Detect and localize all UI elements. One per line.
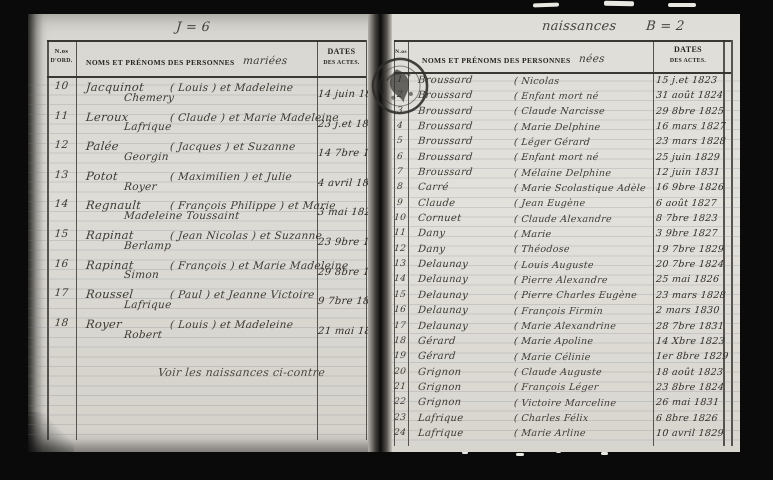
- scanned-register-spread: J = 6 N.os D'ORD. NOMS ET PRÉNOMS DES PE…: [0, 0, 773, 480]
- register-entry: 16 Delaunay ( François Firmin 2 mars 183…: [392, 304, 740, 319]
- entry-mother-surname: Lafrique: [123, 299, 172, 311]
- register-entry: 24 Lafrique ( Marie Arline 10 avril 1829: [392, 427, 740, 442]
- column-header-names: NOMS ET PRÉNOMS DES PERSONNES nées: [422, 50, 650, 68]
- register-entry: 2 Broussard ( Enfant mort né 31 août 182…: [392, 89, 740, 104]
- register-entry: 22 Grignon ( Victoire Marceline 26 mai 1…: [392, 396, 740, 411]
- entry-given-names: ( Marie Scolastique Adèle: [514, 183, 647, 194]
- entry-date: 15 j.et 1823: [656, 75, 718, 86]
- entry-number: 17: [392, 321, 409, 331]
- entry-date: 20 7bre 1824: [656, 259, 725, 270]
- entry-number: 23: [392, 413, 409, 423]
- entry-number: 6: [392, 152, 409, 162]
- entry-date: 12 juin 1831: [656, 167, 721, 178]
- register-entry: 7 Broussard ( Mélaine Delphine 12 juin 1…: [392, 166, 740, 181]
- entry-given-names: ( Maximilien ) et Julie: [169, 171, 292, 183]
- entry-given-names: ( Enfant mort né: [514, 152, 600, 163]
- entry-given-names: ( Victoire Marceline: [514, 398, 617, 409]
- register-entry: 5 Broussard ( Léger Gérard 23 mars 1828: [392, 135, 740, 150]
- entry-line1: Palée( Jacques ) et Suzanne: [86, 137, 296, 155]
- entry-number: 16: [46, 258, 76, 270]
- register-entry: 15 Delaunay ( Pierre Charles Eugène 23 m…: [392, 289, 740, 304]
- entry-given-names: ( Paul ) et Jeanne Victoire: [169, 289, 315, 301]
- entry-number: 11: [392, 228, 409, 238]
- entry-number: 24: [392, 428, 409, 438]
- entry-number: 15: [392, 290, 409, 300]
- entry-given-names: ( Marie Apoline: [514, 336, 594, 347]
- dates-header-sublabel: DES ACTES.: [670, 57, 706, 66]
- left-page: J = 6 N.os D'ORD. NOMS ET PRÉNOMS DES PE…: [28, 14, 368, 452]
- entry-surname: Delaunay: [418, 290, 469, 301]
- column-header-dates: DATES DES ACTES.: [653, 44, 723, 66]
- entry-surname: Delaunay: [418, 321, 469, 332]
- scan-noise: [604, 1, 634, 7]
- page-heading-word: naissances: [541, 19, 617, 34]
- entry-number: 14: [46, 198, 76, 210]
- entry-surname: Grignon: [418, 382, 462, 393]
- entry-date: 19 7bre 1829: [656, 244, 725, 255]
- register-entry: 17 Roussel( Paul ) et Jeanne Victoire La…: [28, 285, 368, 315]
- register-entry: 12 Dany ( Théodose 19 7bre 1829: [392, 243, 740, 258]
- register-entry: 19 Gérard ( Marie Célinie 1er 8bre 1829: [392, 350, 740, 365]
- entry-number: 19: [392, 351, 409, 361]
- column-header-names: NOMS ET PRÉNOMS DES PERSONNES mariées: [86, 52, 316, 70]
- entry-number: 14: [392, 274, 409, 284]
- entry-surname: Broussard: [418, 167, 474, 178]
- register-entry: 11 Leroux( Claude ) et Marie Madeleine L…: [28, 108, 368, 138]
- scan-noise: [516, 453, 524, 456]
- entry-given-names: ( Marie Arline: [514, 428, 587, 439]
- entry-given-names: ( Claude Narcisse: [514, 106, 606, 117]
- entry-surname: Dany: [418, 228, 446, 239]
- names-header-handwritten: nées: [578, 53, 605, 65]
- entry-surname: Broussard: [418, 121, 474, 132]
- entry-number: 10: [392, 213, 409, 223]
- corner-shadow: [28, 412, 74, 452]
- margin-note: Voir les naissances ci-contre: [157, 366, 325, 379]
- entry-surname: Dany: [418, 244, 446, 255]
- entry-date: 1er 8bre 1829: [656, 351, 730, 362]
- entry-surname: Delaunay: [418, 259, 469, 270]
- entry-date: 31 août 1824: [656, 90, 724, 101]
- entry-surname: Claude: [418, 198, 456, 209]
- register-entry: 8 Carré ( Marie Scolastique Adèle 16 9br…: [392, 181, 740, 196]
- entry-given-names: ( Claude Auguste: [514, 367, 603, 378]
- scan-noise: [533, 3, 559, 8]
- entry-date: 25 mai 1826: [656, 274, 720, 285]
- entry-surname: Gérard: [418, 336, 457, 347]
- entry-given-names: ( Jean Eugène: [514, 198, 586, 209]
- entry-line1: Potot( Maximilien ) et Julie: [86, 167, 292, 185]
- register-paper: J = 6 N.os D'ORD. NOMS ET PRÉNOMS DES PE…: [28, 14, 740, 452]
- entry-given-names: ( Marie Delphine: [514, 122, 601, 133]
- entry-number: 7: [392, 167, 409, 177]
- entry-number: 4: [392, 121, 409, 131]
- scan-noise: [601, 452, 608, 455]
- entry-given-names: ( François Léger: [514, 382, 600, 393]
- entry-surname: Delaunay: [418, 305, 469, 316]
- register-entry: 15 Rapinat( Jean Nicolas ) et Suzanne Be…: [28, 226, 368, 256]
- page-heading-code: B = 2: [646, 19, 686, 34]
- entry-number: 10: [46, 80, 76, 92]
- header-top-rule: [47, 40, 366, 42]
- register-entry: 1 Broussard ( Nicolas 15 j.et 1823: [392, 74, 740, 89]
- entry-line1: Roussel( Paul ) et Jeanne Victoire: [86, 285, 315, 303]
- entry-number: 12: [392, 244, 409, 254]
- register-entry: 17 Delaunay ( Marie Alexandrine 28 7bre …: [392, 320, 740, 335]
- entry-date: 23 8bre 1824: [656, 382, 725, 393]
- register-entry: 10 Cornuet ( Claude Alexandre 8 7bre 182…: [392, 212, 740, 227]
- register-entry: 16 Rapinat( François ) et Marie Madelein…: [28, 256, 368, 286]
- entry-number: 15: [46, 228, 76, 240]
- register-entry: 4 Broussard ( Marie Delphine 16 mars 182…: [392, 120, 740, 135]
- entry-number: 12: [46, 139, 76, 151]
- register-entry: 13 Delaunay ( Louis Auguste 20 7bre 1824: [392, 258, 740, 273]
- entry-surname: Grignon: [418, 397, 462, 408]
- entry-date: 3 9bre 1827: [656, 228, 719, 239]
- entry-given-names: ( Marie: [514, 229, 552, 240]
- entry-surname: Carré: [418, 182, 450, 193]
- register-entry: 18 Gérard ( Marie Apoline 14 Xbre 1823: [392, 335, 740, 350]
- column-header-number: N.os D'ORD.: [47, 47, 76, 65]
- entry-surname: Grignon: [418, 367, 462, 378]
- right-page: naissances B = 2 N.os NOMS ET PRÉNOMS DE…: [392, 14, 740, 452]
- names-header-printed: NOMS ET PRÉNOMS DES PERSONNES: [422, 56, 571, 65]
- entry-given-names: ( Pierre Alexandre: [514, 275, 609, 286]
- entry-date: 23 mars 1828: [656, 290, 727, 301]
- entry-surname: Broussard: [418, 152, 474, 163]
- entry-date: 28 7bre 1831: [656, 321, 725, 332]
- entry-given-names: ( Marie Alexandrine: [514, 321, 617, 332]
- entry-date: 23 mars 1828: [656, 136, 727, 147]
- entry-number: 18: [46, 317, 76, 329]
- entry-given-names: ( Charles Félix: [514, 413, 589, 424]
- left-entries: 10 Jacquinot( Louis ) et Madeleine Cheme…: [28, 78, 368, 344]
- entry-given-names: ( Mélaine Delphine: [514, 168, 612, 179]
- entry-given-names: ( Louis Auguste: [514, 260, 595, 271]
- right-entries: 1 Broussard ( Nicolas 15 j.et 1823 2 Bro…: [392, 74, 740, 442]
- entry-given-names: ( Enfant mort né: [514, 91, 600, 102]
- entry-mother-surname: Georgin: [123, 151, 169, 163]
- entry-given-names: ( Léger Gérard: [514, 137, 591, 148]
- entry-mother-surname: Robert: [123, 329, 162, 341]
- register-entry: 14 Delaunay ( Pierre Alexandre 25 mai 18…: [392, 273, 740, 288]
- names-header-handwritten: mariées: [242, 55, 288, 67]
- entry-given-names: ( Claude Alexandre: [514, 214, 613, 225]
- page-heading-right: naissances B = 2: [542, 17, 685, 35]
- entry-date: 16 9bre 1826: [656, 182, 725, 193]
- archive-stamp-icon: [364, 50, 435, 121]
- header-top-rule: [394, 40, 731, 42]
- entry-number: 21: [392, 382, 409, 392]
- names-header-printed: NOMS ET PRÉNOMS DES PERSONNES: [86, 58, 235, 67]
- entry-number: 8: [392, 182, 409, 192]
- entry-date: 25 juin 1829: [656, 152, 721, 163]
- dates-header-label: DATES: [674, 44, 702, 57]
- entry-number: 5: [392, 136, 409, 146]
- entry-date: 2 mars 1830: [656, 305, 721, 316]
- register-entry: 9 Claude ( Jean Eugène 6 août 1827: [392, 197, 740, 212]
- entry-number: 13: [46, 169, 76, 181]
- entry-given-names: ( Théodose: [514, 244, 571, 255]
- register-entry: 3 Broussard ( Claude Narcisse 29 8bre 18…: [392, 105, 740, 120]
- entry-date: 6 août 1827: [656, 198, 718, 209]
- entry-mother-surname: Chemery: [123, 92, 174, 104]
- entry-number: 11: [46, 110, 76, 122]
- dates-header-label: DATES: [327, 46, 355, 59]
- register-entry: 21 Grignon ( François Léger 23 8bre 1824: [392, 381, 740, 396]
- register-entry: 23 Lafrique ( Charles Félix 6 8bre 1826: [392, 412, 740, 427]
- entry-date: 6 8bre 1826: [656, 413, 719, 424]
- entry-date: 8 7bre 1823: [656, 213, 719, 224]
- entry-date: 10 avril 1829: [656, 428, 725, 439]
- entry-surname: Delaunay: [418, 274, 469, 285]
- entry-given-names: ( Louis ) et Madeleine: [169, 82, 293, 94]
- entry-line1: Rapinat( Jean Nicolas ) et Suzanne: [86, 226, 322, 244]
- entry-number: 13: [392, 259, 409, 269]
- entry-date: 29 8bre 1825: [656, 106, 725, 117]
- entry-given-names: ( Claude ) et Marie Madeleine: [169, 112, 339, 124]
- entry-given-names: ( Jacques ) et Suzanne: [169, 141, 296, 153]
- entry-line1: Royer( Louis ) et Madeleine: [86, 315, 293, 333]
- entry-date: 14 Xbre 1823: [656, 336, 726, 347]
- register-entry: 12 Palée( Jacques ) et Suzanne Georgin 1…: [28, 137, 368, 167]
- register-entry: 13 Potot( Maximilien ) et Julie Royer 4 …: [28, 167, 368, 197]
- entry-mother-surname: Royer: [123, 181, 157, 193]
- entry-surname: Gérard: [418, 351, 457, 362]
- dates-header-sublabel: DES ACTES.: [323, 59, 359, 68]
- entry-mother-surname: Lafrique: [123, 121, 172, 133]
- number-header-label: N.os: [55, 47, 69, 57]
- entry-number: 16: [392, 305, 409, 315]
- entry-number: 18: [392, 336, 409, 346]
- register-entry: 14 Regnault( François Philippe ) et Mari…: [28, 196, 368, 226]
- entry-surname: Cornuet: [418, 213, 462, 224]
- entry-given-names: ( Marie Célinie: [514, 352, 592, 363]
- entry-given-names: ( Jean Nicolas ) et Suzanne: [169, 230, 322, 242]
- entry-mother-surname: Berlamp: [123, 240, 171, 252]
- entry-surname: Broussard: [418, 136, 474, 147]
- register-entry: 18 Royer( Louis ) et Madeleine Robert 21…: [28, 315, 368, 345]
- entry-number: 17: [46, 287, 76, 299]
- entry-date: 16 mars 1827: [656, 121, 727, 132]
- entry-date: 26 mai 1831: [656, 397, 720, 408]
- entry-given-names: ( Louis ) et Madeleine: [169, 319, 293, 331]
- entry-number: 9: [392, 198, 409, 208]
- entry-date: 18 août 1823: [656, 367, 724, 378]
- entry-surname: Lafrique: [418, 413, 464, 424]
- entry-given-names: ( François Firmin: [514, 306, 604, 317]
- entry-given-names: ( Nicolas: [514, 76, 560, 87]
- register-entry: 20 Grignon ( Claude Auguste 18 août 1823: [392, 366, 740, 381]
- register-entry: 10 Jacquinot( Louis ) et Madeleine Cheme…: [28, 78, 368, 108]
- register-entry: 6 Broussard ( Enfant mort né 25 juin 182…: [392, 151, 740, 166]
- entry-number: 22: [392, 397, 409, 407]
- entry-mother-surname: Madeleine Toussaint: [123, 210, 240, 222]
- scan-noise: [668, 3, 696, 7]
- entry-mother-surname: Simon: [123, 269, 159, 281]
- number-header-sublabel: D'ORD.: [51, 57, 73, 66]
- page-heading-left: J = 6: [175, 20, 210, 35]
- entry-given-names: ( Pierre Charles Eugène: [514, 290, 638, 301]
- register-entry: 11 Dany ( Marie 3 9bre 1827: [392, 227, 740, 242]
- entry-number: 20: [392, 367, 409, 377]
- column-header-dates: DATES DES ACTES.: [317, 46, 366, 68]
- entry-surname: Lafrique: [418, 428, 464, 439]
- entry-line1: Jacquinot( Louis ) et Madeleine: [86, 78, 293, 96]
